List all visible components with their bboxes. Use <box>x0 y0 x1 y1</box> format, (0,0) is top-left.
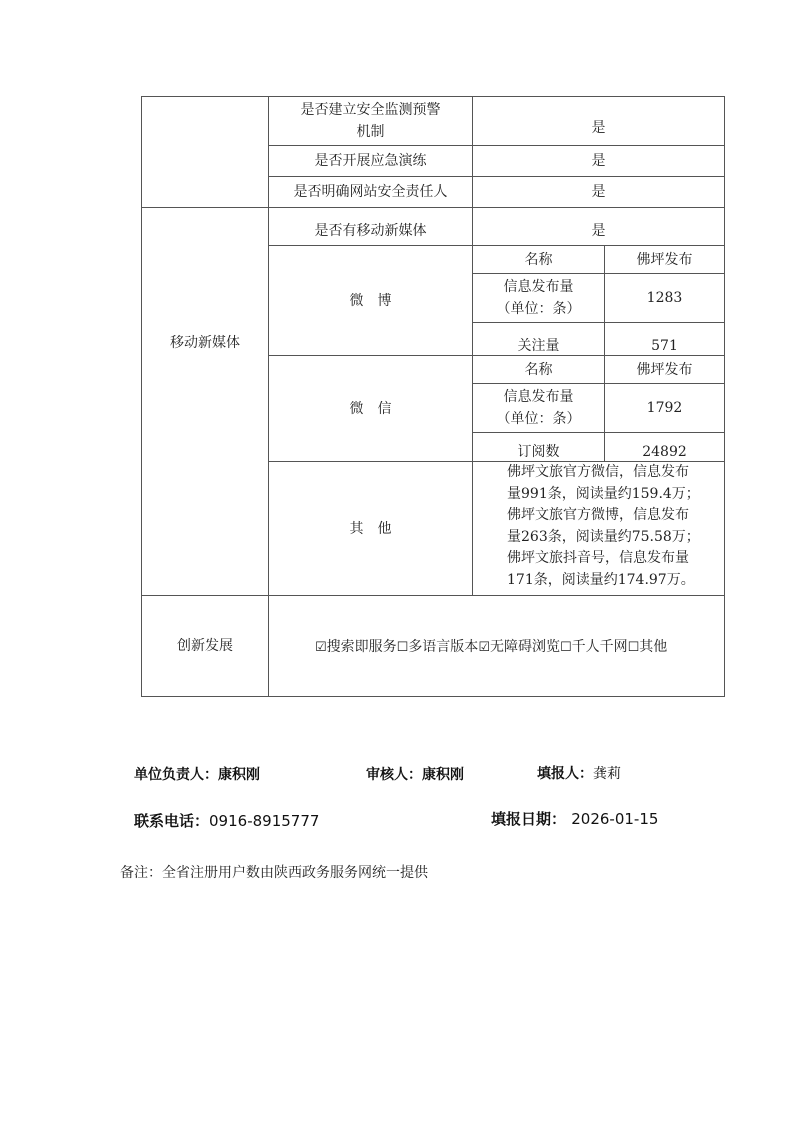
wechat-posts-value: 1792 <box>605 384 724 432</box>
checkbox-unchecked-icon[interactable]: ☐ <box>560 640 572 655</box>
innovation-label: 创新发展 <box>142 596 268 696</box>
weibo-posts-key: 信息发布量 （单位：条） <box>473 274 604 322</box>
reviewer-value: 康积刚 <box>422 767 464 783</box>
emergency-drill-label: 是否开展应急演练 <box>269 146 472 176</box>
label-line: 机制 <box>357 121 385 143</box>
other-media-label: 其他 <box>269 462 472 595</box>
emergency-drill-value: 是 <box>473 146 724 176</box>
has-mobile-media-label: 是否有移动新媒体 <box>269 216 472 246</box>
weibo-label: 微博 <box>269 246 472 355</box>
option-multilingual[interactable]: ☐多语言版本 <box>397 639 479 655</box>
date-value: 2026-01-15 <box>571 810 658 828</box>
description-line: 量263条，阅读量约75.58万； <box>507 527 722 549</box>
option-accessibility[interactable]: ☑无障碍浏览 <box>478 639 560 655</box>
description-line: 佛坪文旅抖音号，信息发布量 <box>507 548 722 570</box>
weibo-name-value: 佛坪发布 <box>605 246 724 273</box>
filler-label: 填报人： <box>537 766 593 782</box>
row-divider <box>472 432 725 433</box>
option-label: 搜索即服务 <box>327 639 397 655</box>
unit-head: 单位负责人：康积刚 <box>134 764 260 784</box>
other-media-description: 佛坪文旅官方微信，信息发布 量991条，阅读量约159.4万； 佛坪文旅官方微博… <box>507 462 722 591</box>
security-monitoring-label: 是否建立安全监测预警 机制 <box>269 97 472 145</box>
phone-value: 0916-8915777 <box>209 812 319 830</box>
weibo-name-key: 名称 <box>473 246 604 273</box>
wechat-label: 微信 <box>269 356 472 461</box>
footnote: 备注：全省注册用户数由陕西政务服务网统一提供 <box>120 862 428 882</box>
reviewer-label: 审核人： <box>366 767 422 783</box>
mobile-media-section-label: 移动新媒体 <box>142 208 268 478</box>
weibo-posts-value: 1283 <box>605 274 724 322</box>
description-line: 量991条，阅读量约159.4万； <box>507 484 722 506</box>
option-label: 无障碍浏览 <box>490 639 560 655</box>
security-monitoring-value: 是 <box>473 110 724 146</box>
description-line: 佛坪文旅官方微博，信息发布 <box>507 505 722 527</box>
unit-head-value: 康积刚 <box>218 767 260 783</box>
wechat-name-value: 佛坪发布 <box>605 356 724 383</box>
wechat-name-key: 名称 <box>473 356 604 383</box>
innovation-options: ☑搜索即服务☐多语言版本☑无障碍浏览☐千人千网☐其他 <box>315 636 667 659</box>
key-line: 信息发布量 <box>504 276 574 298</box>
option-other[interactable]: ☐其他 <box>628 639 668 655</box>
description-line: 171条，阅读量约174.97万。 <box>507 570 722 592</box>
filler-value: 龚莉 <box>593 766 621 782</box>
option-label: 其他 <box>639 639 667 655</box>
report-date: 填报日期： 2026-01-15 <box>491 808 658 829</box>
option-search-as-service[interactable]: ☑搜索即服务 <box>315 639 397 655</box>
security-owner-value: 是 <box>473 177 724 207</box>
phone: 联系电话：0916-8915777 <box>134 810 319 831</box>
key-line: 信息发布量 <box>504 386 574 408</box>
checkbox-checked-icon[interactable]: ☑ <box>478 640 490 655</box>
table-border-right <box>724 96 725 697</box>
unit-head-label: 单位负责人： <box>134 767 218 783</box>
phone-label: 联系电话： <box>134 812 209 830</box>
checkbox-unchecked-icon[interactable]: ☐ <box>628 640 640 655</box>
key-line: （单位：条） <box>497 408 581 430</box>
option-personalized[interactable]: ☐千人千网 <box>560 639 628 655</box>
date-label: 填报日期： <box>491 810 566 828</box>
wechat-posts-key: 信息发布量 （单位：条） <box>473 384 604 432</box>
option-label: 千人千网 <box>572 639 628 655</box>
label-line: 是否建立安全监测预警 <box>301 99 441 121</box>
reviewer: 审核人：康积刚 <box>366 764 464 784</box>
security-owner-label: 是否明确网站安全责任人 <box>269 177 472 207</box>
has-mobile-media-value: 是 <box>473 216 724 246</box>
checkbox-checked-icon[interactable]: ☑ <box>315 640 327 655</box>
option-label: 多语言版本 <box>408 639 478 655</box>
table-border-bottom <box>141 696 725 697</box>
checkbox-unchecked-icon[interactable]: ☐ <box>397 640 409 655</box>
row-divider <box>472 322 725 323</box>
description-line: 佛坪文旅官方微信，信息发布 <box>507 462 722 484</box>
filler: 填报人：龚莉 <box>537 763 621 783</box>
key-line: （单位：条） <box>497 298 581 320</box>
